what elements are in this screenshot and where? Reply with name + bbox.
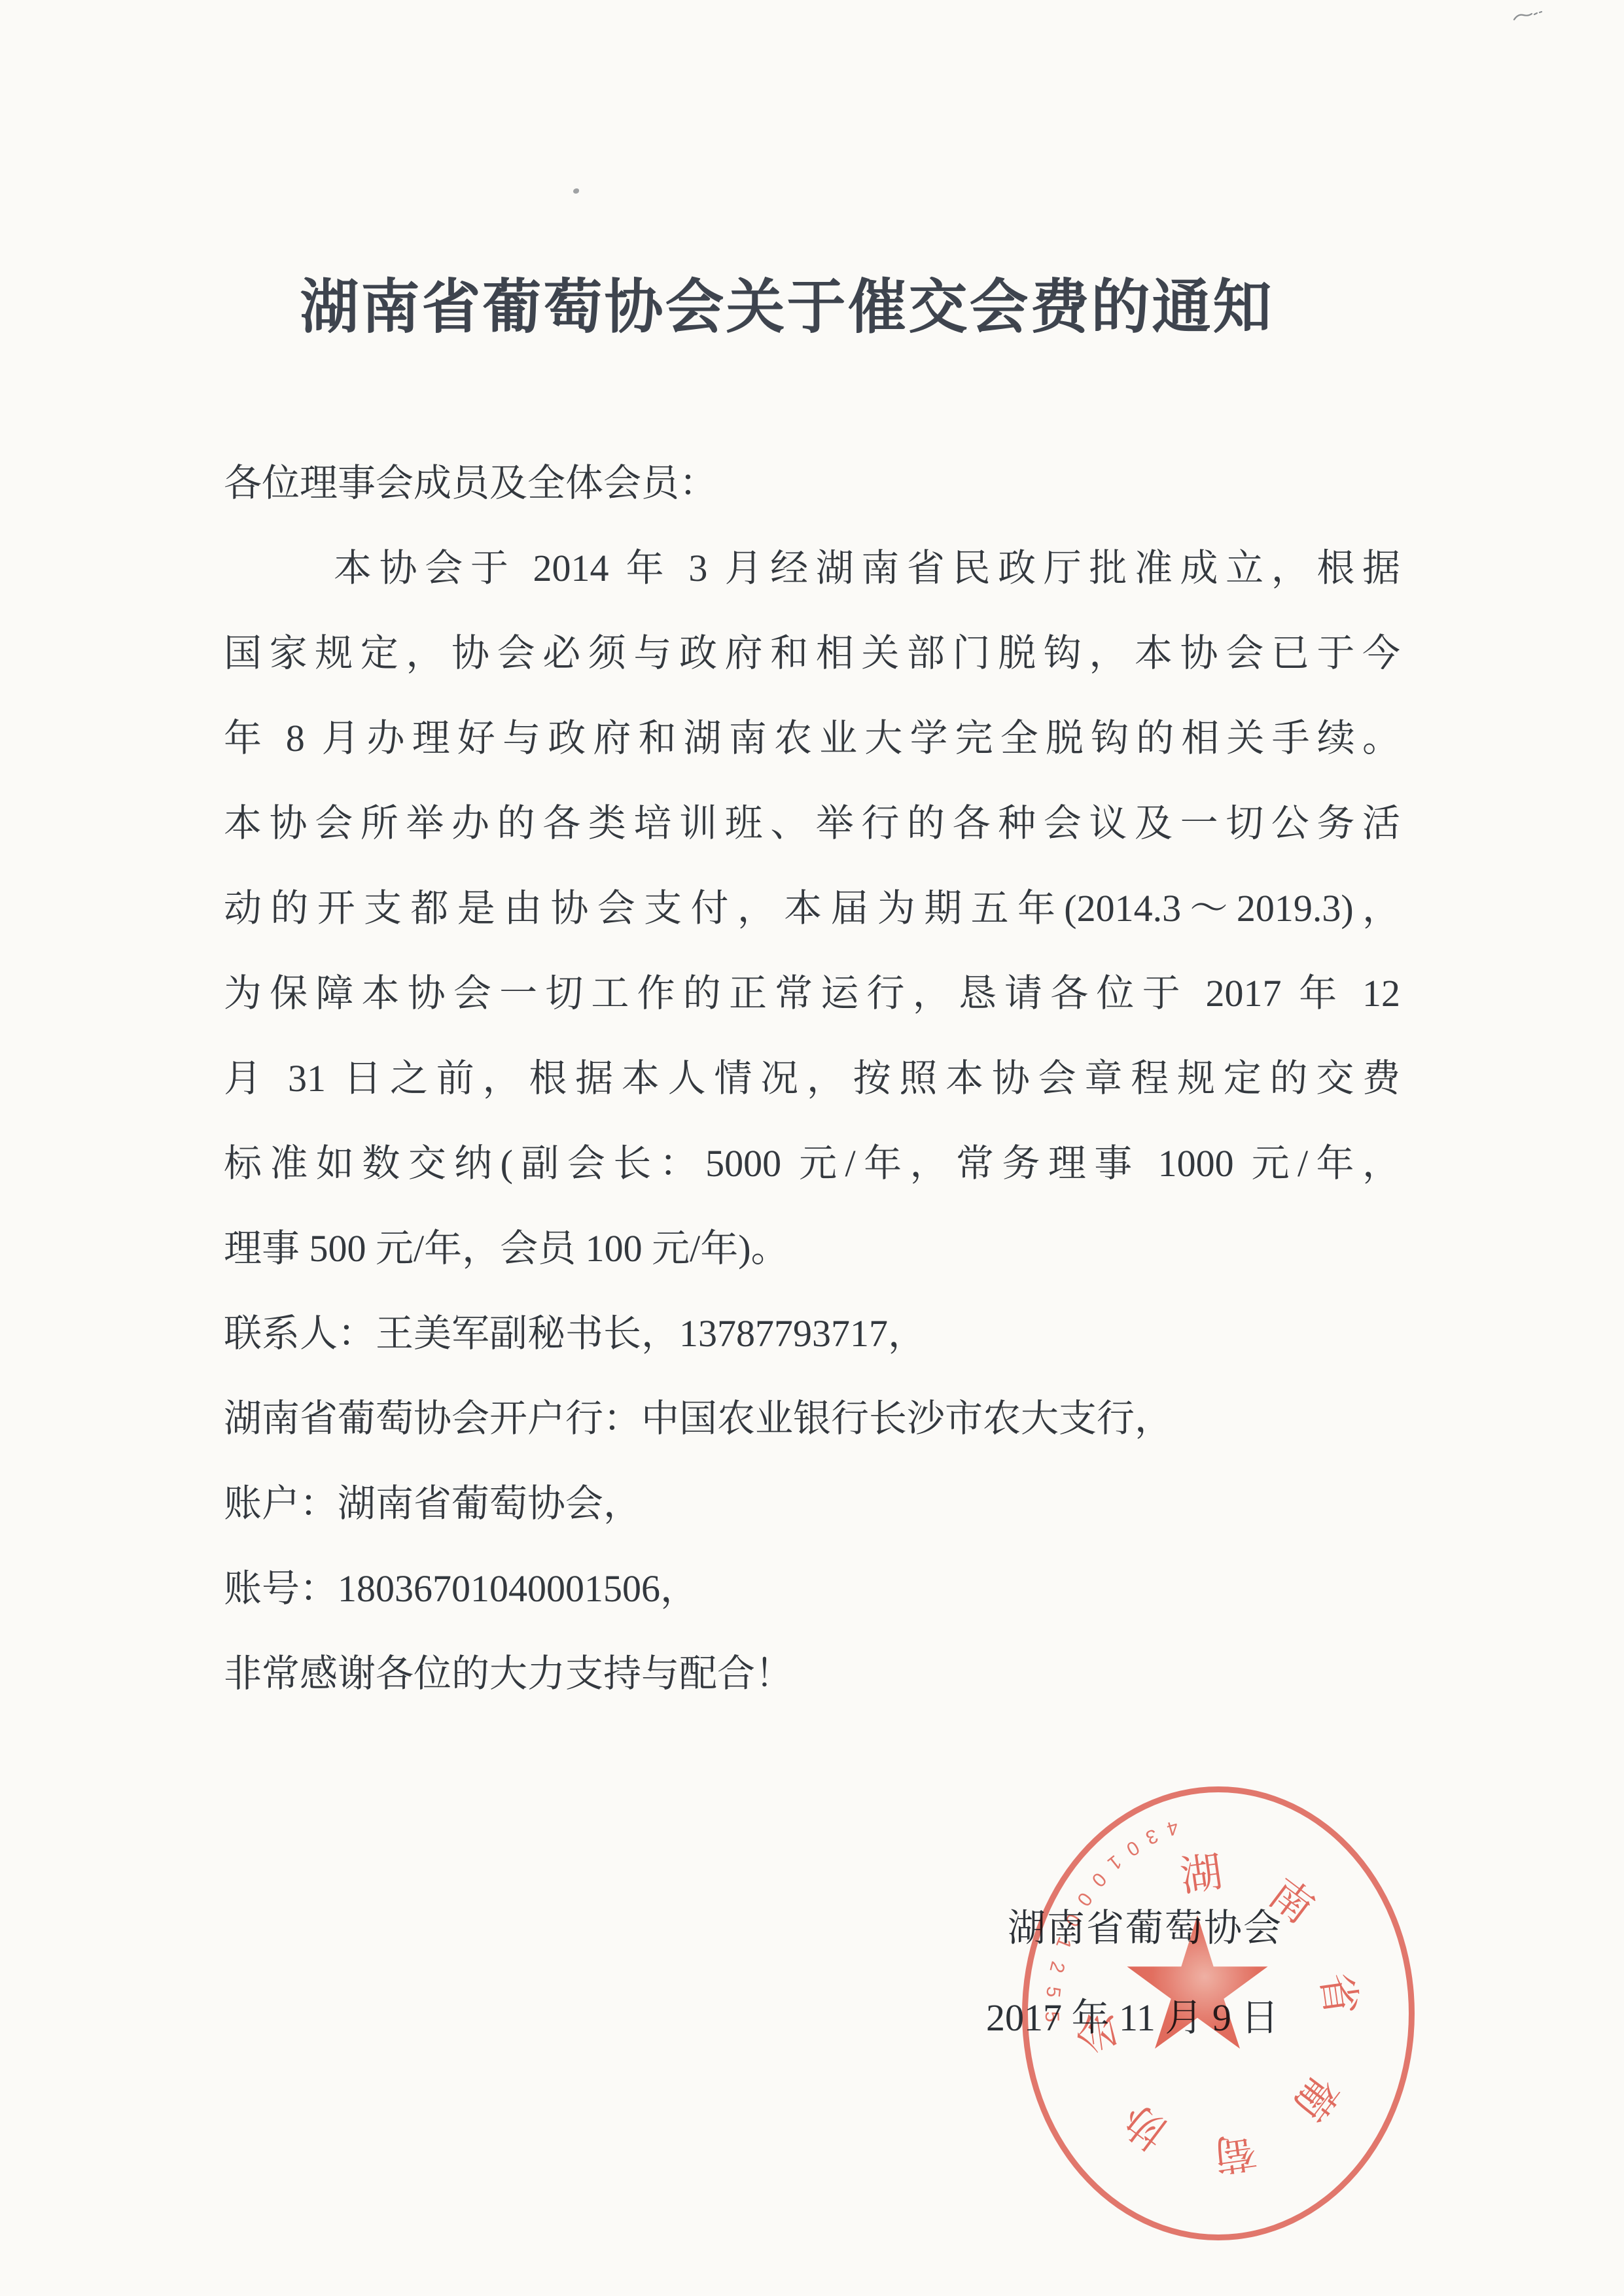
bank-line: 湖南省葡萄协会开户行：中国农业银行长沙市农大支行， — [224, 1376, 1400, 1461]
signature-org: 湖南省葡萄协会 — [1008, 1908, 1282, 1949]
body-line: 动的开支都是由协会支付，本届为期五年(2014.3～2019.3)， — [224, 866, 1400, 951]
page-title: 湖南省葡萄协会关于催交会费的通知 — [200, 278, 1374, 337]
seal-serial-digit: 0 — [1073, 1888, 1095, 1909]
body-line: 为保障本协会一切工作的正常运行，恳请各位于 2017 年 12 — [224, 951, 1400, 1036]
seal-org-char: 协 — [1116, 2097, 1174, 2156]
body-line: 月 31 日之前，根据本人情况，按照本协会章程规定的交费 — [224, 1036, 1400, 1121]
seal-serial-digit: 0 — [1123, 1837, 1142, 1859]
body-line: 本协会所举办的各类培训班、举行的各种会议及一切公务活 — [224, 781, 1400, 866]
seal-serial-digit: 3 — [1142, 1825, 1160, 1847]
scan-artifact-squiggle — [1513, 9, 1545, 26]
contact-line: 联系人：王美军副秘书长，13787793717， — [224, 1291, 1400, 1376]
seal-serial-digit: 1 — [1104, 1851, 1125, 1873]
thanks-line: 非常感谢各位的大力支持与配合！ — [224, 1631, 1400, 1716]
body-line: 国家规定，协会必须与政府和相关部门脱钩，本协会已于今 — [224, 611, 1400, 696]
document-page: 湖南省葡萄协会关于催交会费的通知 各位理事会成员及全体会员： 本协会于 2014… — [0, 0, 1624, 2296]
seal-serial-digit: 4 — [1165, 1817, 1180, 1838]
seal-org-char: 萄 — [1212, 2129, 1259, 2176]
body-text: 各位理事会成员及全体会员： 本协会于 2014 年 3 月经湖南省民政厅批准成立… — [224, 441, 1400, 1716]
seal-org-char: 省 — [1315, 1970, 1362, 2017]
account-number-line: 账号：18036701040001506， — [224, 1546, 1400, 1631]
body-line: 理事 500 元/年，会员 100 元/年)。 — [224, 1206, 1400, 1291]
salutation-line: 各位理事会成员及全体会员： — [224, 441, 1400, 526]
seal-serial-digit: 2 — [1046, 1959, 1067, 1974]
body-line: 标准如数交纳(副会长：5000 元/年，常务理事 1000 元/年， — [224, 1121, 1400, 1206]
seal-org-char: 葡 — [1286, 2068, 1345, 2127]
account-name-line: 账户：湖南省葡萄协会， — [224, 1461, 1400, 1546]
scan-artifact-speck — [573, 188, 579, 194]
seal-serial-digit: 0 — [1087, 1869, 1109, 1890]
signature-date: 2017 年 11 月 9 日 — [986, 1998, 1279, 2038]
body-line: 本协会于 2014 年 3 月经湖南省民政厅批准成立，根据 — [224, 526, 1400, 611]
seal-org-char: 湖 — [1178, 1851, 1225, 1898]
body-line: 年 8 月办理好与政府和湖南农业大学完全脱钩的相关手续。 — [224, 696, 1400, 781]
